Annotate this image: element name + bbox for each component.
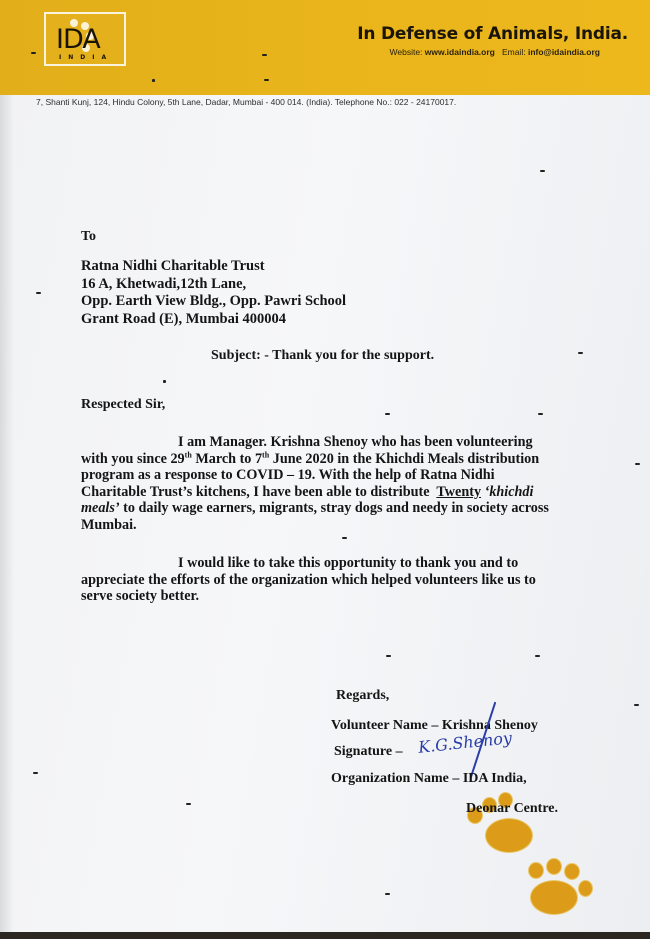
- org-contact: Website: www.idaindia.org Email: info@id…: [390, 47, 601, 57]
- recipient-line: Ratna Nidhi Charitable Trust: [81, 258, 346, 276]
- speck: [385, 893, 390, 895]
- to-label: To: [81, 229, 96, 245]
- website-link[interactable]: www.idaindia.org: [425, 47, 495, 57]
- meal-count: Twenty: [436, 484, 481, 500]
- speck: [538, 413, 543, 415]
- speck: [540, 170, 545, 172]
- speck: [31, 52, 36, 54]
- speck: [152, 79, 155, 82]
- para-line: appreciate the efforts of the organizati…: [81, 572, 581, 589]
- speck: [386, 655, 391, 657]
- speck: [634, 704, 639, 706]
- speck: [342, 537, 347, 539]
- signature-label: Signature –: [334, 744, 403, 760]
- salutation: Respected Sir,: [81, 397, 165, 413]
- speck: [578, 352, 583, 354]
- speck: [264, 79, 269, 81]
- speck: [33, 772, 38, 774]
- speck: [186, 803, 191, 805]
- recipient-address: Ratna Nidhi Charitable Trust 16 A, Khetw…: [81, 258, 346, 328]
- recipient-line: Grant Road (E), Mumbai 400004: [81, 311, 346, 329]
- subject-line: Subject: - Thank you for the support.: [211, 348, 434, 364]
- email-label: Email:: [502, 47, 526, 57]
- closing: Regards,: [336, 688, 389, 704]
- para-line: serve society better.: [81, 588, 581, 605]
- para-line: I am Manager. Krishna Shenoy who has bee…: [81, 434, 581, 451]
- logo-text: IDA: [56, 26, 100, 53]
- ida-logo: IDA INDIA: [44, 12, 126, 66]
- recipient-line: 16 A, Khetwadi,12th Lane,: [81, 276, 346, 294]
- speck: [262, 54, 267, 56]
- letterhead-band: IDA INDIA In Defense of Animals, India. …: [0, 0, 650, 95]
- speck: [163, 380, 166, 383]
- para-line: meals’ to daily wage earners, migrants, …: [81, 500, 581, 517]
- letter-page: IDA INDIA In Defense of Animals, India. …: [0, 0, 650, 932]
- recipient-line: Opp. Earth View Bldg., Opp. Pawri School: [81, 293, 346, 311]
- organization-title: In Defense of Animals, India.: [357, 24, 628, 44]
- speck: [36, 292, 41, 294]
- para-line: Mumbai.: [81, 517, 581, 534]
- website-label: Website:: [390, 47, 423, 57]
- letterhead-address: 7, Shanti Kunj, 124, Hindu Colony, 5th L…: [36, 97, 456, 107]
- speck: [535, 655, 540, 657]
- body-paragraph-1: I am Manager. Krishna Shenoy who has bee…: [81, 434, 581, 533]
- speck: [635, 463, 640, 465]
- para-line: Charitable Trust’s kitchens, I have been…: [81, 484, 581, 501]
- centre-name: Deonar Centre.: [466, 801, 558, 817]
- body-paragraph-2: I would like to take this opportunity to…: [81, 555, 581, 605]
- para-line: with you since 29th March to 7th June 20…: [81, 451, 581, 468]
- para-line: program as a response to COVID – 19. Wit…: [81, 467, 581, 484]
- email-link[interactable]: info@idaindia.org: [528, 47, 600, 57]
- para-line: I would like to take this opportunity to…: [81, 555, 581, 572]
- speck: [385, 413, 390, 415]
- organization-name: Organization Name – IDA India,: [331, 771, 527, 787]
- logo-subtext: INDIA: [59, 54, 113, 61]
